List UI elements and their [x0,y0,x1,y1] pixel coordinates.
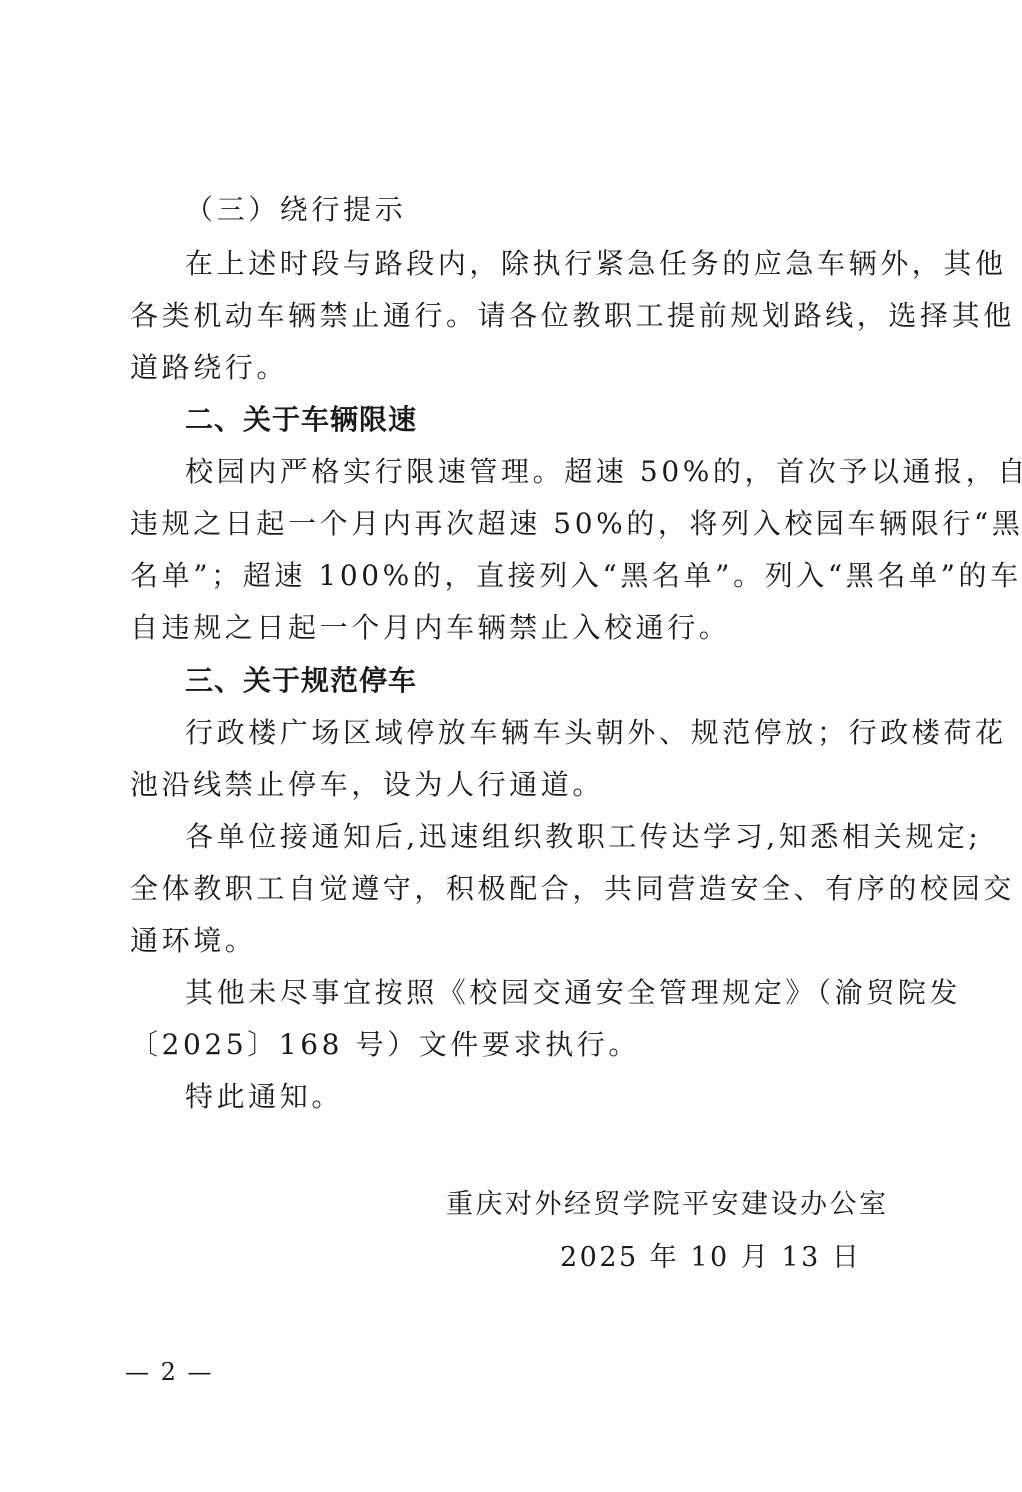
paragraph-line: 名单”；超速 100%的，直接列入“黑名单”。列入“黑名单”的车辆， [130,556,930,596]
subheading-detour-notice: （三）绕行提示 [185,190,985,230]
signature-date: 2025 年 10 月 13 日 [560,1238,861,1278]
closing-line: 特此通知。 [185,1077,930,1117]
paragraph-line: 校园内严格实行限速管理。超速 50%的，首次予以通报，自 [185,452,930,492]
heading-speed-limit: 二、关于车辆限速 [185,400,930,440]
paragraph-line: 全体教职工自觉遵守，积极配合，共同营造安全、有序的校园交 [130,869,930,909]
paragraph-line: 通环境。 [130,921,930,961]
paragraph-line: 其他未尽事宜按照《校园交通安全管理规定》（渝贸院发 [185,973,930,1013]
paragraph-line: 各单位接通知后,迅速组织教职工传达学习,知悉相关规定; [185,817,930,857]
paragraph-line: 违规之日起一个月内再次超速 50%的，将列入校园车辆限行“黑 [130,504,930,544]
heading-parking: 三、关于规范停车 [185,661,930,701]
document-page: （三）绕行提示 在上述时段与路段内，除执行紧急任务的应急车辆外，其他 各类机动车… [0,0,1022,1492]
paragraph-line: 道路绕行。 [130,348,930,388]
signature-organization: 重庆对外经贸学院平安建设办公室 [446,1185,889,1225]
paragraph-line: 〔2025〕168 号）文件要求执行。 [130,1025,930,1065]
page-number: — 2 — [125,1356,214,1388]
paragraph-line: 行政楼广场区域停放车辆车头朝外、规范停放；行政楼荷花 [185,713,930,753]
paragraph-line: 自违规之日起一个月内车辆禁止入校通行。 [130,608,930,648]
paragraph-line: 各类机动车辆禁止通行。请各位教职工提前规划路线，选择其他 [130,296,930,336]
paragraph-line: 在上述时段与路段内，除执行紧急任务的应急车辆外，其他 [185,244,930,284]
paragraph-line: 池沿线禁止停车，设为人行通道。 [130,765,930,805]
